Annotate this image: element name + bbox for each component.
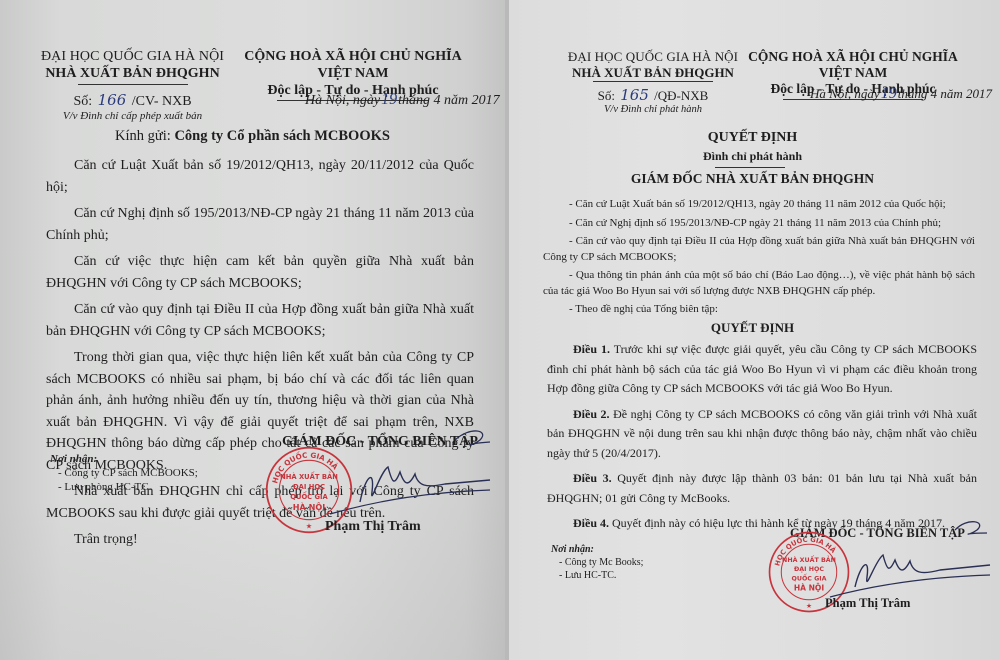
right-ground-item: - Qua thông tin phản ánh của một số báo … [543, 268, 975, 299]
right-date-handwritten: 19 [880, 85, 898, 102]
left-paragraph: Căn cứ việc thực hiện cam kết bản quyền … [46, 251, 474, 294]
right-org-underline [593, 81, 713, 82]
left-republic-line1: CỘNG HOÀ XÃ HỘI CHỦ NGHĨA VIỆT NAM [228, 49, 478, 83]
right-recipients-title: Nơi nhận: [551, 543, 643, 556]
left-recipients: Nơi nhận: - Công ty CP sách MCBOOKS; - L… [50, 452, 198, 494]
left-doc-number-handwritten: 166 [96, 91, 129, 109]
right-recipient-item: - Công ty Mc Books; [551, 556, 643, 569]
svg-text:★: ★ [806, 602, 812, 610]
right-doc-date: Hà Nội, ngày19tháng 4 năm 2017 [810, 85, 992, 103]
right-recipient-item: - Lưu HC-TC. [551, 569, 643, 582]
right-ground-item: - Căn cứ vào quy định tại Điều II của Hợ… [543, 234, 975, 265]
right-org-line2: NHÀ XUẤT BẢN ĐHQGHN [563, 65, 743, 81]
left-org-underline [78, 84, 188, 85]
right-decision-heading: QUYẾT ĐỊNH [505, 320, 1000, 336]
right-signer-name: Phạm Thị Trâm [825, 596, 910, 611]
svg-text:★: ★ [306, 522, 312, 531]
left-date-handwritten: 19 [380, 91, 398, 108]
right-article-2: Điều 2. Đề nghị Công ty CP sách MCBOOKS … [547, 405, 977, 464]
left-org-line2: NHÀ XUẤT BẢN ĐHQGHN [40, 66, 225, 83]
right-republic-line1: CỘNG HOÀ XÃ HỘI CHỦ NGHĨA VIỆT NAM [733, 49, 973, 81]
svg-text:HÀ NỘI: HÀ NỘI [293, 501, 325, 512]
right-org-header: ĐẠI HỌC QUỐC GIA HÀ NỘI NHÀ XUẤT BẢN ĐHQ… [563, 49, 743, 117]
right-decision-authority: GIÁM ĐỐC NHÀ XUẤT BẢN ĐHQGHN [505, 171, 1000, 187]
right-document-photo: ĐẠI HỌC QUỐC GIA HÀ NỘI NHÀ XUẤT BẢN ĐHQ… [505, 0, 1000, 660]
right-ground-item: - Căn cứ Nghị định số 195/2013/NĐ-CP ngà… [543, 216, 975, 232]
right-ground-item: - Căn cứ Luật Xuất bản số 19/2012/QH13, … [543, 197, 975, 213]
left-recipient-item: - Lưu phòng HC-TC. [50, 480, 198, 494]
right-handwritten-signature-icon [815, 515, 995, 605]
left-recipients-title: Nơi nhận: [50, 452, 198, 466]
right-subtitle-underline [715, 167, 785, 168]
left-closing: Trân trọng! [46, 529, 474, 551]
left-paragraph: Căn cứ Luật Xuất bản số 19/2012/QH13, ng… [46, 155, 474, 198]
left-document-photo: ĐẠI HỌC QUỐC GIA HÀ NỘI NHÀ XUẤT BẢN ĐHQ… [0, 0, 505, 660]
right-article-1: Điều 1. Trước khi sự việc được giải quyế… [547, 340, 977, 399]
left-paragraph: Căn cứ vào quy định tại Điều II của Hợp … [46, 299, 474, 342]
left-org-header: ĐẠI HỌC QUỐC GIA HÀ NỘI NHÀ XUẤT BẢN ĐHQ… [40, 49, 225, 124]
right-org-line1: ĐẠI HỌC QUỐC GIA HÀ NỘI [563, 49, 743, 65]
right-grounds: - Căn cứ Luật Xuất bản số 19/2012/QH13, … [543, 197, 975, 321]
right-recipients: Nơi nhận: - Công ty Mc Books; - Lưu HC-T… [551, 543, 643, 582]
left-handwritten-signature-icon [320, 422, 500, 522]
left-doc-number: Số: 166 /CV- NXB [40, 91, 225, 111]
right-doc-number: Số: 165 /QĐ-NXB [563, 86, 743, 104]
right-articles: Điều 1. Trước khi sự việc được giải quyế… [547, 340, 977, 540]
right-article-3: Điều 3. Quyết định này được lập thành 03… [547, 469, 977, 508]
left-doc-subject: V/v Đình chỉ cấp phép xuất bản [40, 110, 225, 123]
left-paragraph: Căn cứ Nghị định số 195/2013/NĐ-CP ngày … [46, 203, 474, 246]
right-decision-title: QUYẾT ĐỊNH [505, 130, 1000, 146]
right-ground-item: - Theo đề nghị của Tổng biên tập: [543, 302, 975, 318]
right-decision-subtitle: Đình chỉ phát hành [505, 149, 1000, 164]
left-doc-date: Hà Nội, ngày19tháng 4 năm 2017 [305, 91, 500, 109]
left-signer-name: Phạm Thị Trâm [325, 519, 421, 535]
left-recipient-item: - Công ty CP sách MCBOOKS; [50, 466, 198, 480]
left-org-line1: ĐẠI HỌC QUỐC GIA HÀ NỘI [40, 49, 225, 66]
right-doc-number-handwritten: 165 [618, 86, 651, 104]
right-doc-subject: V/v Đình chỉ phát hành [563, 104, 743, 117]
left-addressee: Kính gửi: Công ty Cổ phần sách MCBOOKS [0, 128, 505, 145]
